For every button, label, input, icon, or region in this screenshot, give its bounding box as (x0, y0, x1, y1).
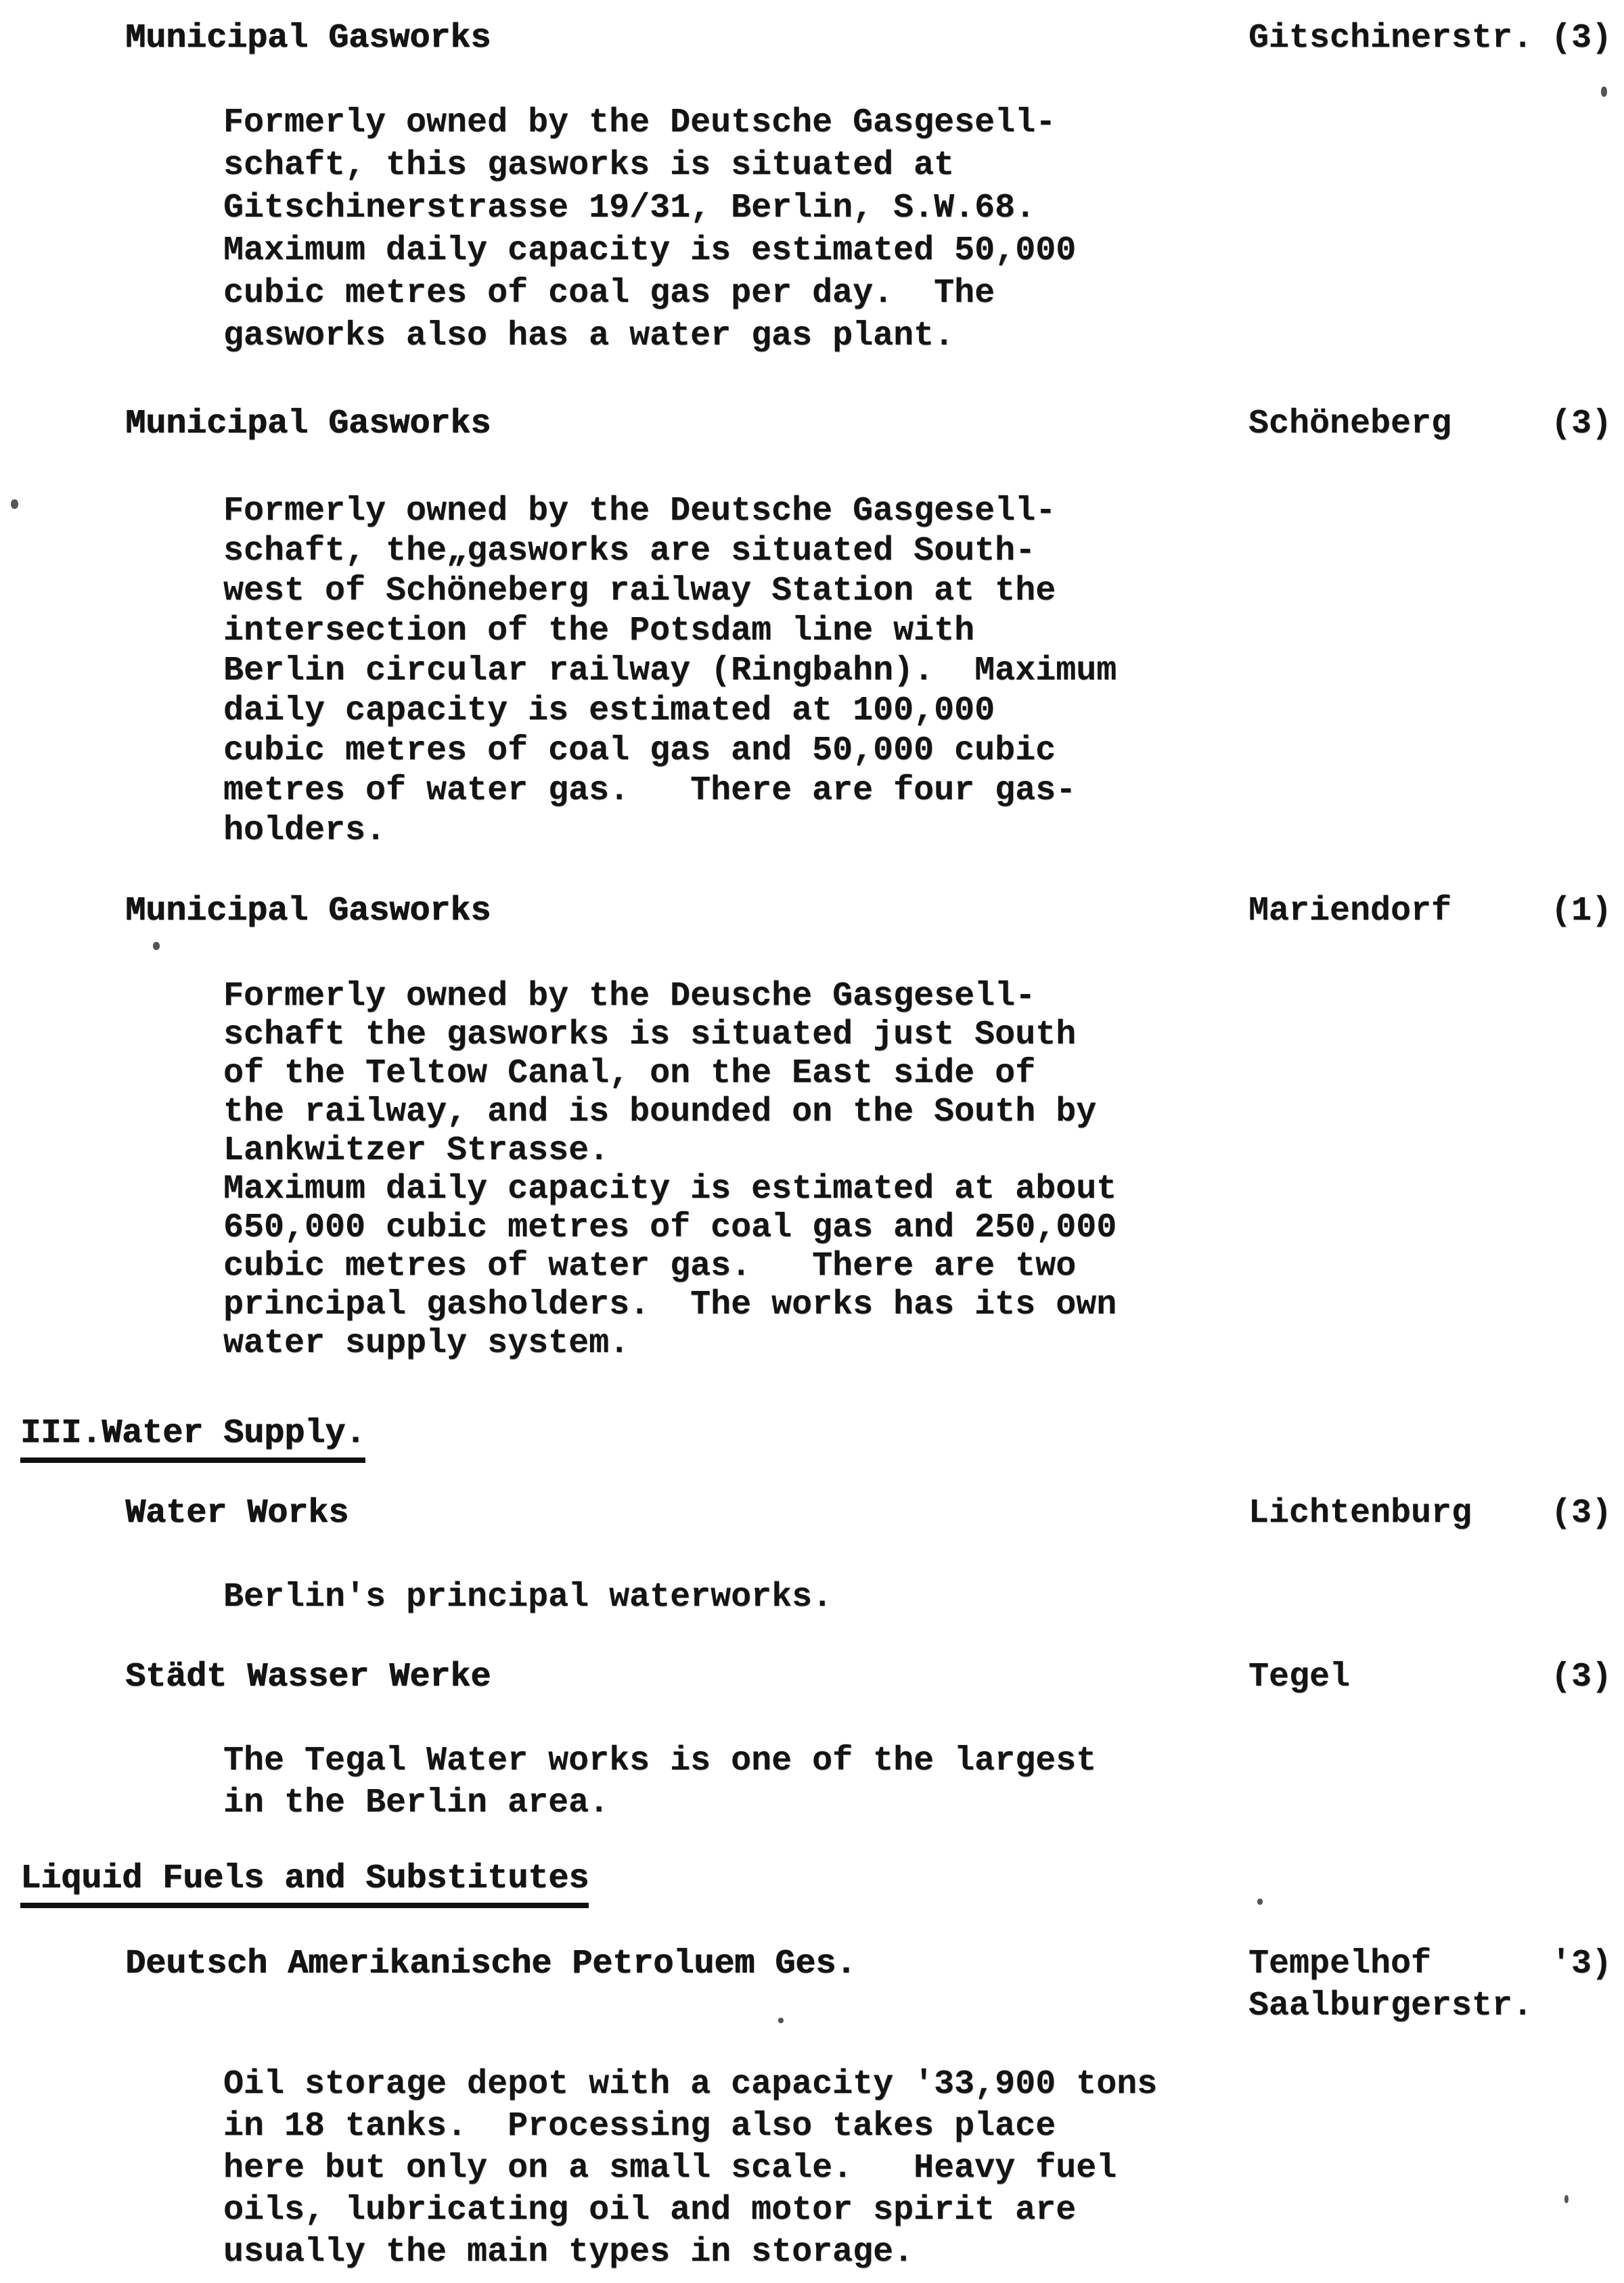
facility-description: Oil storage depot with a capacity '33,90… (223, 2064, 1157, 2274)
text-line: Lichtenburg (1248, 1493, 1472, 1535)
text-line: Formerly owned by the Deusche Gasgesell- (223, 977, 1116, 1016)
text-line: cubic metres of coal gas and 50,000 cubi… (223, 731, 1116, 771)
text-line: The Tegal Water works is one of the larg… (223, 1740, 1096, 1782)
facility-location: TempelhofSaalburgerstr. (1248, 1943, 1533, 2027)
facility-location: Gitschinerstr. (1248, 18, 1533, 60)
text-line: the railway, and is bounded on the South… (223, 1093, 1116, 1131)
text-line: in 18 tanks. Processing also takes place (223, 2106, 1157, 2148)
text-line: cubic metres of coal gas per day. The (223, 272, 1076, 315)
ink-speck (1257, 1899, 1263, 1905)
text-line: Maximum daily capacity is estimated at a… (223, 1170, 1116, 1208)
facility-location: Mariendorf (1248, 890, 1451, 932)
facility-location: Schöneberg (1248, 403, 1451, 445)
text-line: Oil storage depot with a capacity '33,90… (223, 2064, 1157, 2106)
facility-location: Tegel (1248, 1656, 1350, 1698)
section-heading-water-supply: III.Water Supply. (20, 1413, 365, 1463)
text-line: 650,000 cubic metres of coal gas and 250… (223, 1208, 1116, 1247)
facility-grade: (3) (1551, 18, 1612, 60)
facility-grade: (3) (1551, 1493, 1612, 1535)
facility-name: Deutsch Amerikanische Petroluem Ges. (125, 1943, 856, 1985)
text-line: Gitschinerstrasse 19/31, Berlin, S.W.68. (223, 187, 1076, 229)
section-heading-liquid-fuels: Liquid Fuels and Substitutes (20, 1858, 589, 1908)
text-line: Lankwitzer Strasse. (223, 1131, 1116, 1170)
text-line: schaft, this gasworks is situated at (223, 144, 1076, 187)
text-line: holders. (223, 811, 1116, 851)
text-line: Gitschinerstr. (1248, 18, 1533, 60)
text-line: Formerly owned by the Deutsche Gasgesell… (223, 491, 1116, 531)
text-line: Berlin's principal waterworks. (223, 1577, 832, 1619)
text-line: principal gasholders. The works has its … (223, 1286, 1116, 1324)
ink-speck (1564, 2195, 1569, 2203)
facility-grade: (1) (1551, 890, 1612, 932)
scanned-document-page: Municipal Gasworks Gitschinerstr. (3) Fo… (0, 0, 1624, 2283)
facility-name: Municipal Gasworks (125, 890, 491, 932)
text-line: here but only on a small scale. Heavy fu… (223, 2148, 1157, 2190)
ink-speck (11, 499, 18, 509)
section-heading-text: III.Water Supply. (20, 1413, 365, 1463)
ink-speck (778, 2018, 784, 2023)
facility-description: Formerly owned by the Deutsche Gasgesell… (223, 101, 1076, 357)
facility-name: Städt Wasser Werke (125, 1656, 491, 1698)
text-line: cubic metres of water gas. There are two (223, 1247, 1116, 1286)
text-line: schaft, the„gasworks are situated South- (223, 531, 1116, 571)
facility-grade: (3) (1551, 403, 1612, 445)
facility-name: Municipal Gasworks (125, 403, 491, 445)
text-line: intersection of the Potsdam line with (223, 611, 1116, 651)
facility-grade: (3) (1551, 1656, 1612, 1698)
text-line: schaft the gasworks is situated just Sou… (223, 1016, 1116, 1054)
section-heading-text: Liquid Fuels and Substitutes (20, 1858, 589, 1908)
text-line: Maximum daily capacity is estimated 50,0… (223, 229, 1076, 272)
ink-speck (1601, 87, 1607, 97)
facility-description: Formerly owned by the Deutsche Gasgesell… (223, 491, 1116, 851)
text-line: Berlin circular railway (Ringbahn). Maxi… (223, 651, 1116, 691)
text-line: in the Berlin area. (223, 1782, 1096, 1824)
text-line: Tempelhof (1248, 1943, 1533, 1985)
text-line: Saalburgerstr. (1248, 1985, 1533, 2027)
text-line: west of Schöneberg railway Station at th… (223, 571, 1116, 611)
text-line: usually the main types in storage. (223, 2232, 1157, 2274)
facility-description: The Tegal Water works is one of the larg… (223, 1740, 1096, 1824)
text-line: oils, lubricating oil and motor spirit a… (223, 2190, 1157, 2232)
text-line: Mariendorf (1248, 890, 1451, 932)
text-line: Schöneberg (1248, 403, 1451, 445)
ink-speck (153, 942, 160, 950)
text-line: daily capacity is estimated at 100,000 (223, 691, 1116, 731)
text-line: water supply system. (223, 1324, 1116, 1363)
text-line: gasworks also has a water gas plant. (223, 315, 1076, 357)
text-line: Tegel (1248, 1656, 1350, 1698)
facility-grade: '3) (1551, 1943, 1612, 1985)
text-line: of the Teltow Canal, on the East side of (223, 1054, 1116, 1093)
text-line: Formerly owned by the Deutsche Gasgesell… (223, 101, 1076, 144)
facility-location: Lichtenburg (1248, 1493, 1472, 1535)
facility-name: Water Works (125, 1493, 348, 1535)
text-line: metres of water gas. There are four gas- (223, 771, 1116, 811)
facility-name: Municipal Gasworks (125, 18, 491, 60)
facility-description: Berlin's principal waterworks. (223, 1577, 832, 1619)
facility-description: Formerly owned by the Deusche Gasgesell-… (223, 977, 1116, 1363)
